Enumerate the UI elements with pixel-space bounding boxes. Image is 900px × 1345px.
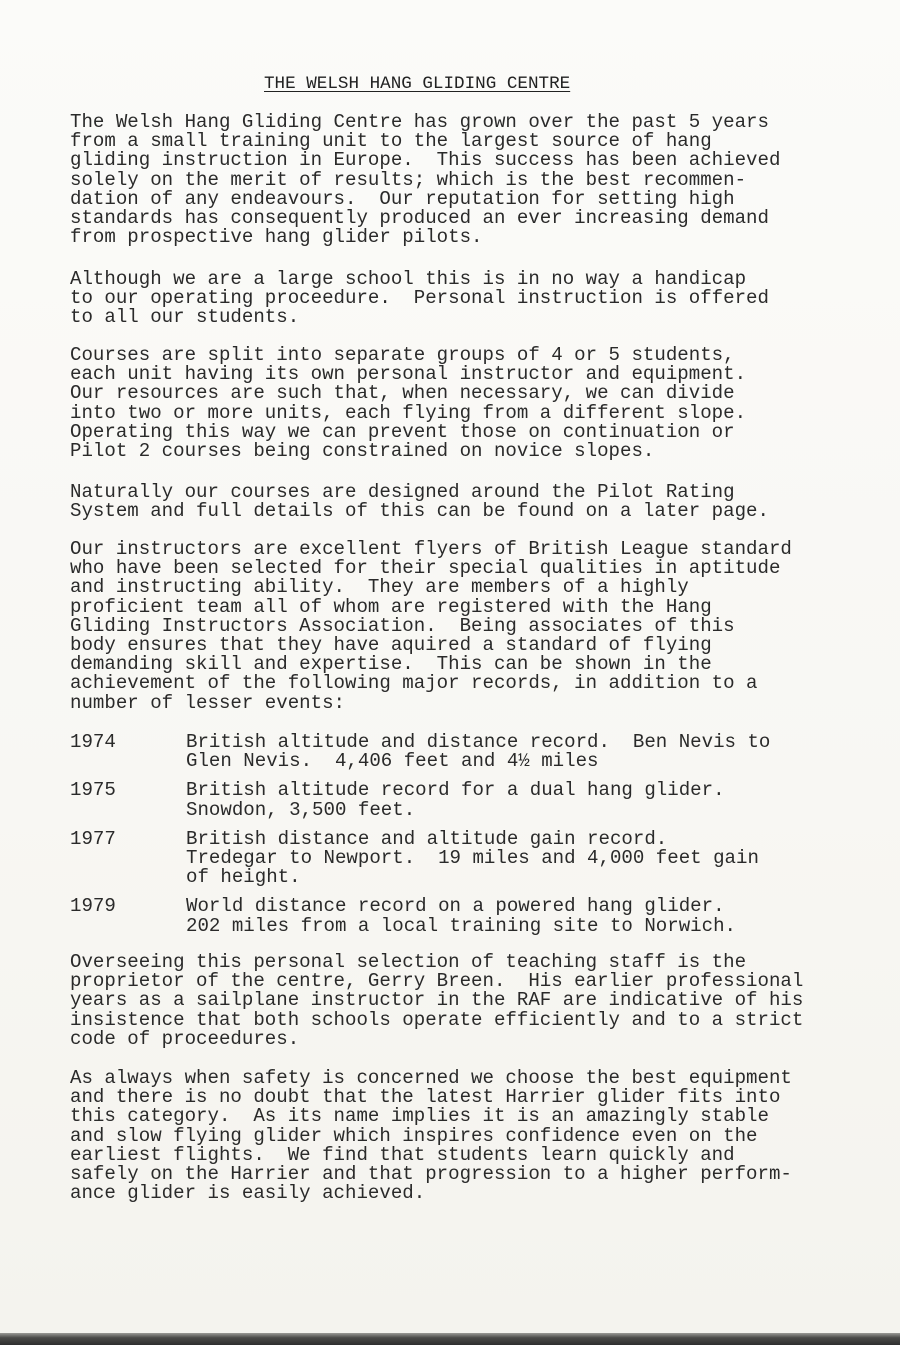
page-bottom-edge (0, 1333, 900, 1345)
paragraph-personal-instruction: Although we are a large school this is i… (70, 270, 830, 328)
document-page: THE WELSH HANG GLIDING CENTRE The Welsh … (0, 0, 900, 1333)
paragraph-instructors: Our instructors are excellent flyers of … (70, 540, 830, 713)
record-item: 1975 British altitude record for a dual … (70, 781, 770, 819)
document-title: THE WELSH HANG GLIDING CENTRE (264, 74, 570, 94)
record-text: World distance record on a powered hang … (186, 897, 770, 935)
paragraph-proprietor: Overseeing this personal selection of te… (70, 953, 830, 1049)
record-year: 1979 (70, 897, 116, 916)
record-item: 1977 British distance and altitude gain … (70, 830, 770, 888)
record-text: British altitude record for a dual hang … (186, 781, 770, 819)
record-year: 1974 (70, 733, 116, 752)
paragraph-harrier-glider: As always when safety is concerned we ch… (70, 1069, 830, 1203)
record-item: 1974 British altitude and distance recor… (70, 733, 770, 771)
record-text: British altitude and distance record. Be… (186, 733, 770, 771)
records-list: 1974 British altitude and distance recor… (70, 733, 770, 946)
record-text: British distance and altitude gain recor… (186, 830, 770, 888)
record-year: 1975 (70, 781, 116, 800)
paragraph-pilot-rating: Naturally our courses are designed aroun… (70, 483, 830, 521)
paragraph-courses: Courses are split into separate groups o… (70, 346, 830, 461)
record-item: 1979 World distance record on a powered … (70, 897, 770, 935)
paragraph-intro: The Welsh Hang Gliding Centre has grown … (70, 113, 830, 247)
record-year: 1977 (70, 830, 116, 849)
